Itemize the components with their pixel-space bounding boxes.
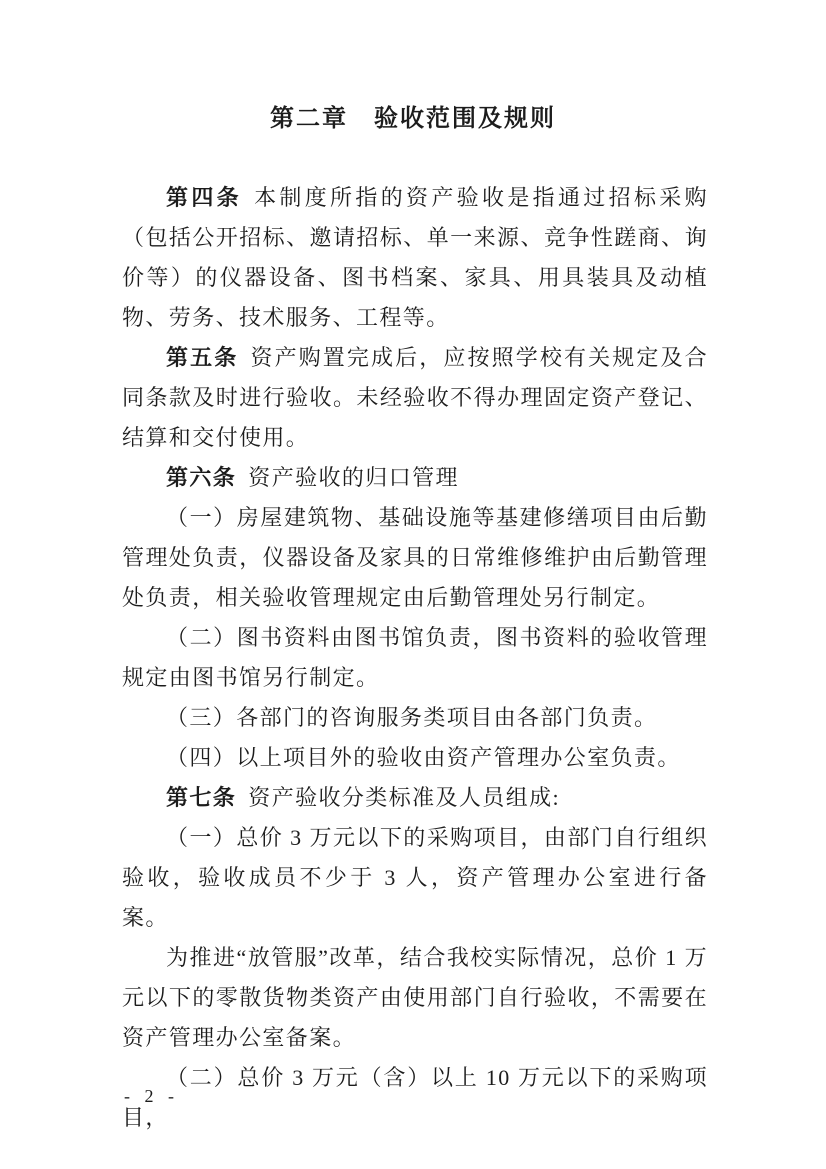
paragraph-text: （一）房屋建筑物、基础设施等基建修缮项目由后勤管理处负责，仪器设备及家具的日常维…: [122, 505, 708, 610]
paragraph-text: 为推进“放管服”改革，结合我校实际情况，总价 1 万元以下的零散货物类资产由使用…: [122, 945, 708, 1050]
paragraph-article-5: 第五条资产购置完成后，应按照学校有关规定及合同条款及时进行验收。未经验收不得办理…: [122, 338, 708, 458]
article-number: 第五条: [166, 345, 238, 370]
paragraph-article-7: 第七条资产验收分类标准及人员组成:: [122, 778, 708, 818]
paragraph-item-3: （三）各部门的咨询服务类项目由各部门负责。: [122, 698, 708, 738]
paragraph-article-4: 第四条本制度所指的资产验收是指通过招标采购（包括公开招标、邀请招标、单一来源、竞…: [122, 178, 708, 338]
chapter-heading: 第二章 验收范围及规则: [0, 104, 826, 134]
paragraph-text: （二）总价 3 万元（含）以上 10 万元以下的采购项目，: [122, 1065, 708, 1130]
paragraph-text: （二）图书资料由图书馆负责，图书资料的验收管理规定由图书馆另行制定。: [122, 625, 708, 690]
paragraph-text: （四）以上项目外的验收由资产管理办公室负责。: [166, 745, 681, 770]
paragraph-item-2b: （二）总价 3 万元（含）以上 10 万元以下的采购项目，: [122, 1058, 708, 1138]
paragraph-item-1: （一）房屋建筑物、基础设施等基建修缮项目由后勤管理处负责，仪器设备及家具的日常维…: [122, 498, 708, 618]
paragraph-item-2: （二）图书资料由图书馆负责，图书资料的验收管理规定由图书馆另行制定。: [122, 618, 708, 698]
paragraph-article-6: 第六条资产验收的归口管理: [122, 458, 708, 498]
paragraph-text: 资产验收的归口管理: [248, 465, 459, 490]
article-number: 第四条: [166, 185, 242, 210]
article-number: 第七条: [166, 785, 236, 810]
paragraph-text: （一）总价 3 万元以下的采购项目，由部门自行组织验收，验收成员不少于 3 人，…: [122, 825, 708, 930]
paragraph-item-4: （四）以上项目外的验收由资产管理办公室负责。: [122, 738, 708, 778]
paragraph-text: （三）各部门的咨询服务类项目由各部门负责。: [166, 705, 657, 730]
paragraph-text: 资产验收分类标准及人员组成:: [248, 785, 560, 810]
page-number: - 2 -: [124, 1084, 179, 1108]
document-body: 第四条本制度所指的资产验收是指通过招标采购（包括公开招标、邀请招标、单一来源、竞…: [122, 178, 708, 1138]
article-number: 第六条: [166, 465, 236, 490]
paragraph-supplement: 为推进“放管服”改革，结合我校实际情况，总价 1 万元以下的零散货物类资产由使用…: [122, 938, 708, 1058]
paragraph-item-1b: （一）总价 3 万元以下的采购项目，由部门自行组织验收，验收成员不少于 3 人，…: [122, 818, 708, 938]
document-page: 第二章 验收范围及规则 第四条本制度所指的资产验收是指通过招标采购（包括公开招标…: [0, 0, 826, 1169]
